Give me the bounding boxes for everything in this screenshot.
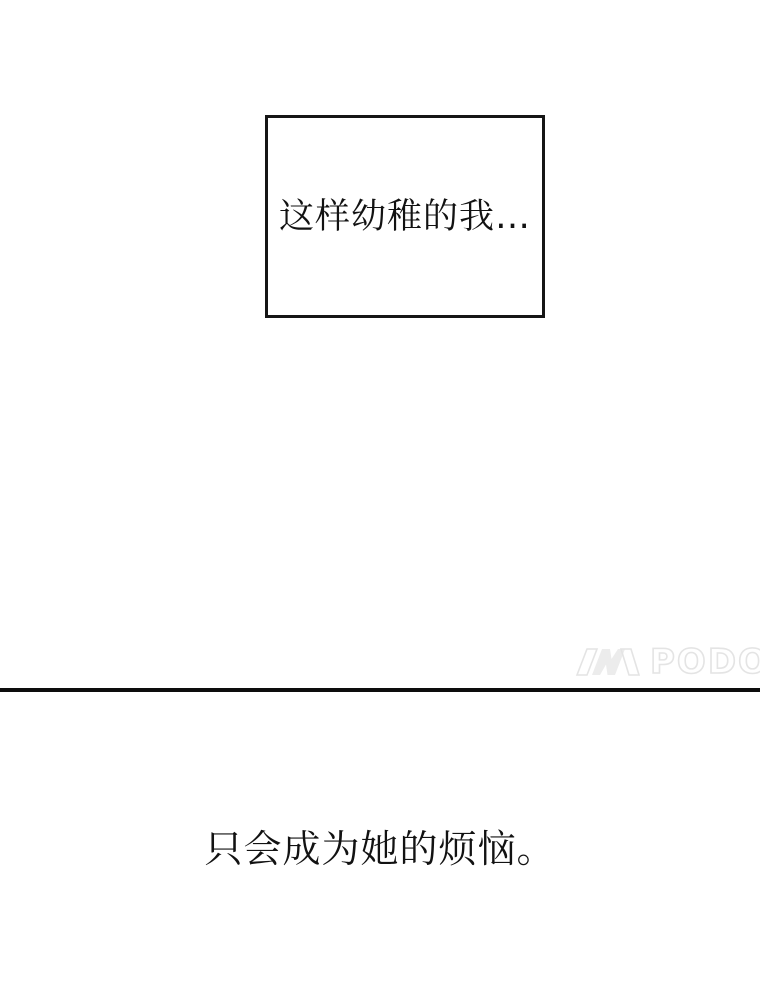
comic-page: 这样幼稚的我… PODO 只会成为她的烦恼。: [0, 0, 760, 983]
caption-text: 只会成为她的烦恼。: [204, 827, 555, 871]
podo-logo-icon: [574, 644, 642, 680]
speech-text: 这样幼稚的我…: [279, 196, 531, 238]
caption-row: 只会成为她的烦恼。: [0, 827, 760, 873]
watermark-brand-text: PODO: [650, 645, 760, 679]
panel-divider-line: [0, 688, 760, 692]
podo-watermark: PODO: [574, 644, 760, 680]
speech-box: 这样幼稚的我…: [265, 115, 545, 318]
